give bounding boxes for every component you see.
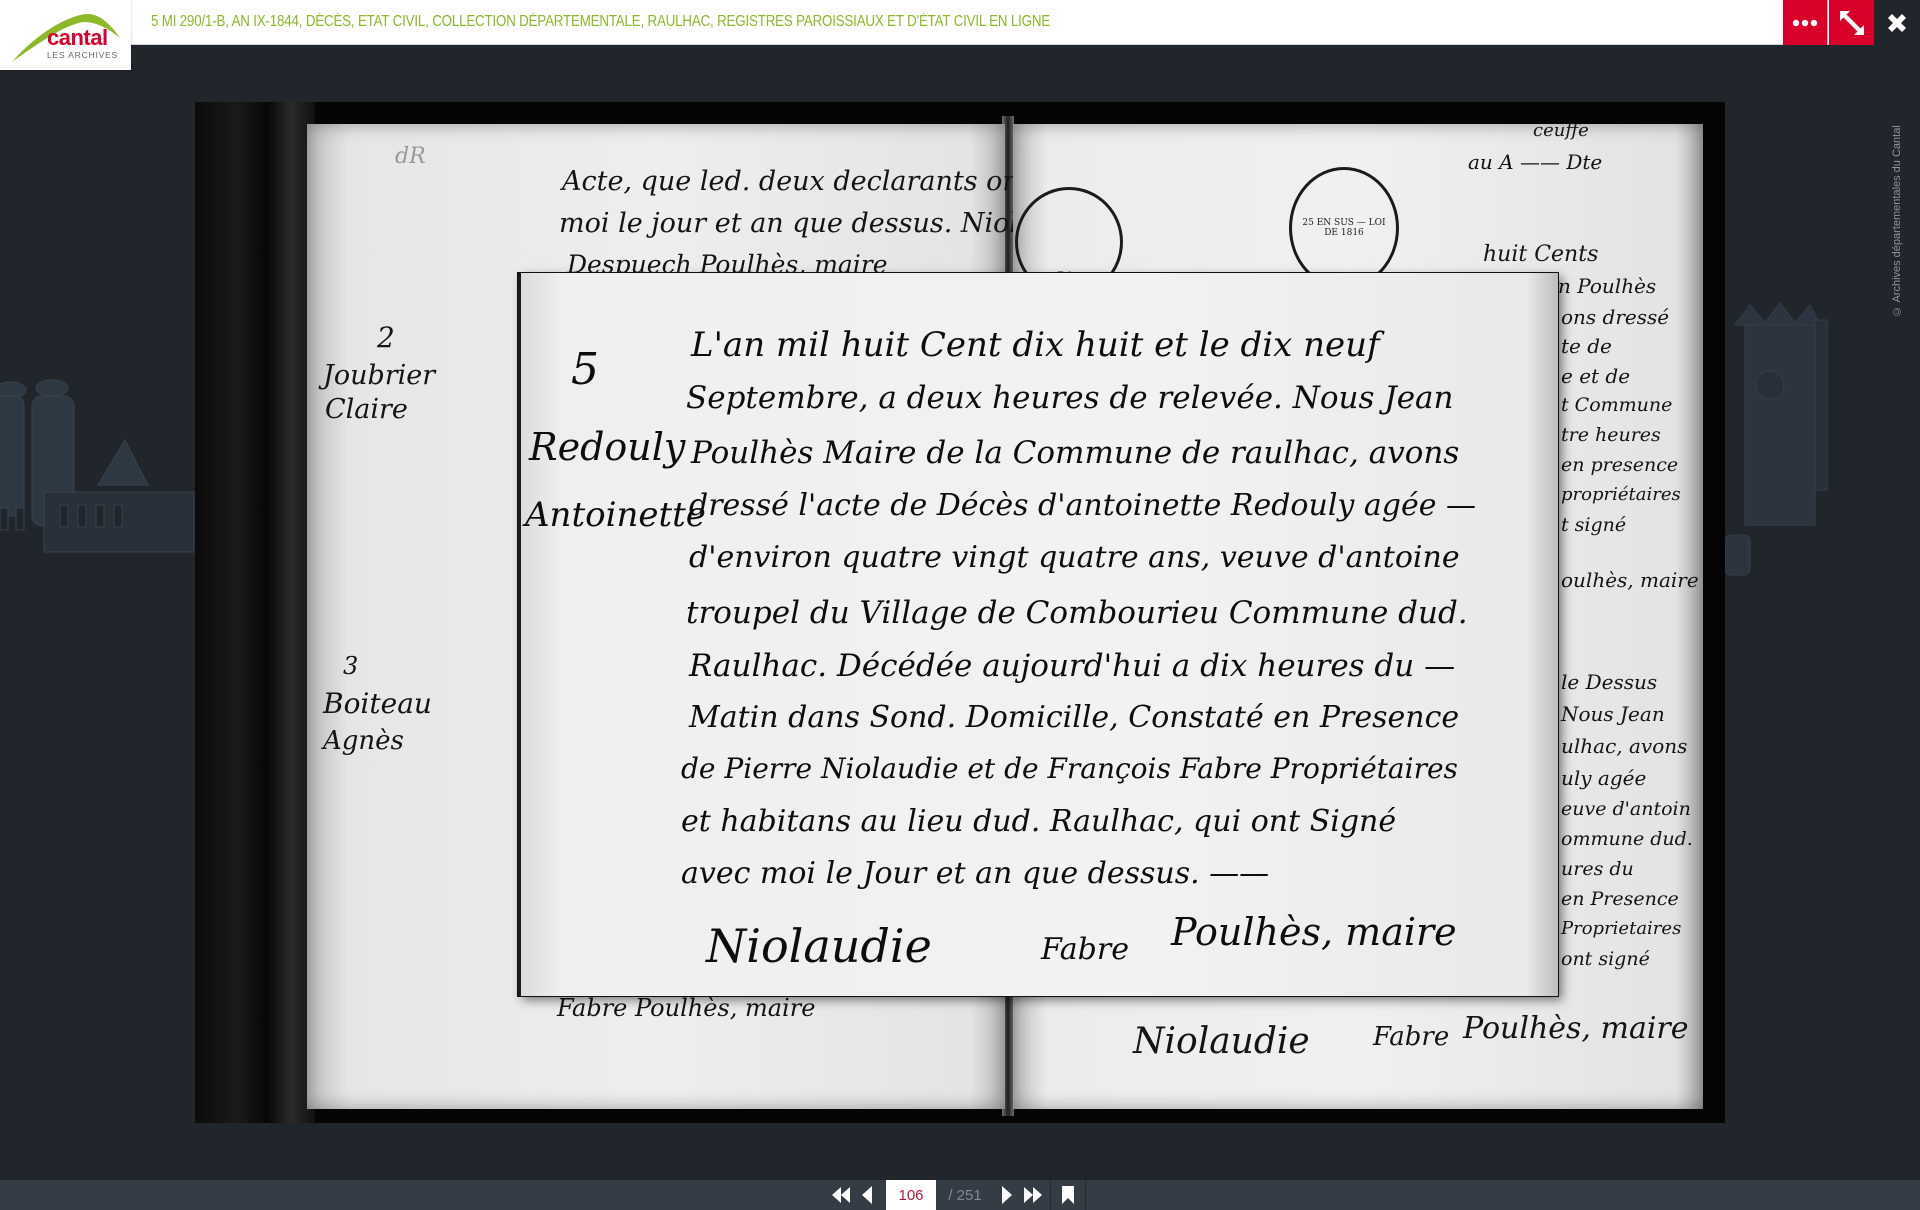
- right-fragment: en Presence: [1561, 890, 1679, 909]
- right-fragment: ures du: [1561, 860, 1634, 879]
- document-scan-viewer[interactable]: dR Acte, que led. deux declarants ont si…: [195, 102, 1725, 1123]
- right-fragment: t Commune: [1561, 396, 1672, 415]
- left-signatures: Fabre Poulhès, maire: [557, 996, 815, 1020]
- background-illustration-right: [1725, 295, 1845, 595]
- bookmark-button[interactable]: [1055, 1180, 1081, 1210]
- mag-line-5: d'environ quatre vingt quatre ans, veuve…: [689, 543, 1460, 573]
- right-fragment: le Dessus: [1561, 672, 1657, 692]
- right-fragment: ont signé: [1561, 950, 1650, 969]
- seal-inscription: 25 EN SUS — LOI DE 1816: [1298, 218, 1390, 238]
- book-binding: [195, 102, 315, 1123]
- divider: [1085, 1180, 1086, 1210]
- mag-line-2: Septembre, a deux heures de relevée. Nou…: [686, 383, 1454, 414]
- pagination-bar: / 251: [0, 1180, 1920, 1210]
- corner-note: au A —— Dte: [1468, 152, 1602, 172]
- current-page-input[interactable]: [886, 1180, 936, 1210]
- right-fragment: te de: [1561, 336, 1612, 356]
- previous-page-button[interactable]: [854, 1180, 880, 1210]
- right-fragment: ons dressé: [1561, 307, 1669, 327]
- right-fragment: propriétaires: [1561, 486, 1681, 504]
- divider: [1050, 1180, 1051, 1210]
- mag-name-given: Antoinette: [525, 498, 706, 532]
- mag-signature-poulhes: Poulhès, maire: [1171, 913, 1457, 951]
- right-fragment: uly agée: [1561, 768, 1646, 788]
- triangle-left-icon: [861, 1186, 873, 1204]
- signature-fabre: Fabre: [1373, 1024, 1449, 1050]
- entry-number-2: 2: [377, 324, 395, 352]
- entry-name-joubrier: Joubrier: [323, 362, 435, 389]
- entry-name-agnes: Agnès: [323, 728, 404, 754]
- mag-signature-niolaudie: Niolaudie: [706, 923, 932, 969]
- bookmark-icon: [1062, 1186, 1074, 1204]
- ellipsis-icon: [1792, 19, 1818, 27]
- signature-niolaudie: Niolaudie: [1133, 1024, 1310, 1060]
- right-fragment: ulhac, avons: [1561, 736, 1687, 756]
- more-options-button[interactable]: [1783, 0, 1828, 45]
- close-button[interactable]: [1874, 0, 1920, 45]
- cantal-archives-logo[interactable]: cantal LES ARCHIVES: [0, 0, 131, 70]
- triangle-right-icon: [1001, 1186, 1013, 1204]
- fullscreen-button[interactable]: [1829, 0, 1874, 45]
- mag-line-4: dressé l'acte de Décès d'antoinette Redo…: [689, 491, 1476, 521]
- mag-line-1: L'an mil huit Cent dix huit et le dix ne…: [691, 328, 1380, 362]
- double-chevron-right-icon: [1022, 1186, 1044, 1204]
- background-illustration-left: [0, 330, 200, 560]
- last-page-button[interactable]: [1020, 1180, 1046, 1210]
- right-fragment: euve d'antoin: [1561, 800, 1691, 819]
- mag-line-3: Poulhès Maire de la Commune de raulhac, …: [691, 438, 1459, 469]
- mag-line-7: Raulhac. Décédée aujourd'hui a dix heure…: [689, 651, 1455, 682]
- faint-mark: dR: [395, 146, 426, 168]
- right-fragment: oulhès, maire: [1561, 570, 1699, 590]
- mag-entry-number: 5: [571, 348, 599, 392]
- right-fragment: huit Cents: [1483, 244, 1598, 266]
- mag-line-8: Matin dans Sond. Domicille, Constaté en …: [689, 703, 1459, 733]
- copyright-notice: © Archives départementales du Cantal: [1891, 82, 1903, 317]
- entry-name-claire: Claire: [325, 396, 408, 423]
- right-fragment: en presence: [1561, 456, 1678, 475]
- mag-line-10: et habitans au lieu dud. Raulhac, qui on…: [681, 807, 1396, 837]
- document-title: 5 MI 290/1-B, AN IX-1844, DÉCÈS, ETAT CI…: [151, 12, 1050, 32]
- right-fragment: Nous Jean: [1561, 704, 1665, 724]
- logo-brand: cantal: [47, 27, 108, 49]
- mag-line-6: troupel du Village de Combourieu Commune…: [686, 598, 1468, 629]
- mag-name-surname: Redouly: [529, 428, 685, 466]
- entry-number-3: 3: [343, 654, 358, 678]
- next-page-button[interactable]: [994, 1180, 1020, 1210]
- total-pages: / 251: [936, 1187, 994, 1204]
- first-page-button[interactable]: [828, 1180, 854, 1210]
- right-fragment: n Poulhès: [1558, 276, 1656, 296]
- right-fragment: tre heures: [1561, 426, 1661, 445]
- mag-signature-fabre: Fabre: [1041, 935, 1129, 965]
- entry-name-boiteau: Boiteau: [323, 690, 432, 718]
- pager: / 251: [828, 1180, 1090, 1210]
- magnifier-zoom-lens[interactable]: 5 Redouly Antoinette L'an mil huit Cent …: [518, 273, 1558, 996]
- mag-line-11: avec moi le Jour et an que dessus. ——: [681, 859, 1269, 889]
- top-bar: 5 MI 290/1-B, AN IX-1844, DÉCÈS, ETAT CI…: [0, 0, 1920, 45]
- mag-line-9: de Pierre Niolaudie et de François Fabre…: [681, 755, 1458, 783]
- logo-subtitle: LES ARCHIVES: [47, 50, 118, 60]
- corner-note: ceuffe: [1533, 122, 1589, 140]
- right-fragment: e et de: [1561, 366, 1630, 386]
- fleur-de-lis-seal: 25 EN SUS — LOI DE 1816: [1289, 167, 1399, 289]
- double-chevron-left-icon: [830, 1186, 852, 1204]
- right-fragment: t signé: [1561, 516, 1626, 535]
- right-fragment: ommune dud.: [1561, 830, 1693, 849]
- right-fragment: Proprietaires: [1561, 920, 1681, 938]
- close-icon: [1885, 11, 1909, 35]
- expand-arrows-icon: [1838, 9, 1866, 37]
- signature-poulhes: Poulhès, maire: [1463, 1014, 1689, 1044]
